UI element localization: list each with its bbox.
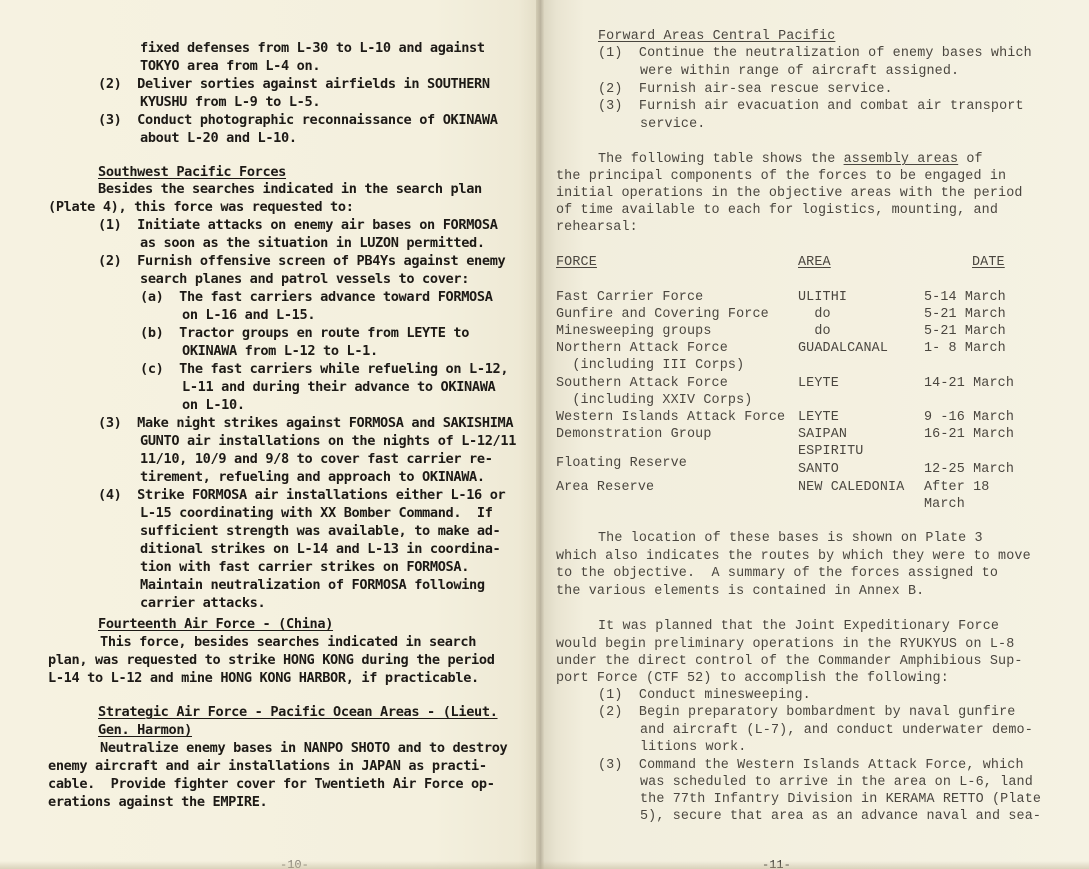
- text-line: (1) Continue the neutralization of enemy…: [598, 45, 1032, 62]
- table-cell-force: Gunfire and Covering Force: [556, 306, 769, 323]
- section-heading: Fourteenth Air Force - (China): [98, 616, 333, 633]
- text-line: (3) Furnish air evacuation and combat ai…: [598, 98, 1024, 115]
- text-line: (1) Initiate attacks on enemy air bases …: [98, 217, 498, 234]
- text-line: search planes and patrol vessels to cove…: [140, 271, 469, 288]
- text-line: (2) Furnish offensive screen of PB4Ys ag…: [98, 253, 505, 270]
- text-line: Neutralize enemy bases in NANPO SHOTO an…: [100, 740, 507, 757]
- table-cell-date: March: [924, 496, 965, 513]
- text-line: sufficient strength was available, to ma…: [140, 523, 500, 540]
- table-cell-force: (including XXIV Corps): [556, 392, 752, 409]
- table-cell-force: Demonstration Group: [556, 426, 712, 443]
- book-spine: [536, 0, 544, 869]
- table-cell-area: NEW CALEDONIA: [798, 479, 904, 496]
- table-cell-force: (including III Corps): [556, 357, 744, 374]
- table-cell-date: 5-21 March: [924, 323, 1006, 340]
- text-line: (3) Conduct photographic reconnaissance …: [98, 112, 498, 129]
- table-cell-force: Northern Attack Force: [556, 340, 728, 357]
- text-line: Maintain neutralization of FORMOSA follo…: [140, 577, 485, 594]
- text-line: on L-10.: [182, 397, 245, 414]
- table-cell-force: Fast Carrier Force: [556, 289, 703, 306]
- text-line: L-14 to L-12 and mine HONG KONG HARBOR, …: [48, 670, 479, 687]
- text-line: rehearsal:: [556, 219, 638, 236]
- table-cell-area: LEYTE: [798, 409, 839, 426]
- table-cell-force: Western Islands Attack Force: [556, 409, 785, 426]
- text-line: service.: [640, 116, 706, 133]
- text-line: (2) Deliver sorties against airfields in…: [98, 76, 490, 93]
- section-heading: Strategic Air Force - Pacific Ocean Area…: [98, 704, 498, 721]
- text-line: and aircraft (L-7), and conduct underwat…: [640, 722, 1033, 739]
- text-line: the various elements is contained in Ann…: [556, 583, 924, 600]
- text-line: enemy aircraft and air installations in …: [48, 758, 487, 775]
- table-header-force: FORCE: [556, 254, 597, 271]
- text-line: It was planned that the Joint Expedition…: [598, 618, 999, 635]
- text-line: cable. Provide fighter cover for Twentie…: [48, 776, 495, 793]
- table-cell-area: SAIPAN: [798, 426, 847, 443]
- text-line: tirement, refueling and approach to OKIN…: [140, 469, 485, 486]
- page-bottom-edge: [0, 861, 1089, 869]
- text-line: (2) Furnish air-sea rescue service.: [598, 81, 893, 98]
- text-line: L-11 and during their advance to OKINAWA: [182, 379, 495, 396]
- text-line: This force, besides searches indicated i…: [100, 634, 476, 651]
- section-heading: Forward Areas Central Pacific: [598, 28, 835, 45]
- text-line: as soon as the situation in LUZON permit…: [140, 235, 485, 252]
- text-line: (4) Strike FORMOSA air installations eit…: [98, 487, 505, 504]
- table-cell-date: After 18: [924, 479, 990, 496]
- table-header-date: DATE: [972, 254, 1005, 271]
- table-cell-date: 12-25 March: [924, 461, 1014, 478]
- text-line: 5), secure that area as an advance naval…: [640, 808, 1041, 825]
- underlined-term: assembly areas: [844, 152, 959, 167]
- section-heading: Southwest Pacific Forces: [98, 164, 286, 181]
- text-line: (1) Conduct minesweeping.: [598, 687, 811, 704]
- text-line: L-15 coordinating with XX Bomber Command…: [140, 505, 493, 522]
- text-line: the principal components of the forces t…: [556, 168, 1006, 185]
- text-line: tion with fast carrier strikes on FORMOS…: [140, 559, 469, 576]
- table-cell-date: 16-21 March: [924, 426, 1014, 443]
- text-line: (a) The fast carriers advance toward FOR…: [140, 289, 493, 306]
- text-line: fixed defenses from L-30 to L-10 and aga…: [140, 40, 485, 57]
- text-line: TOKYO area from L-4 on.: [140, 58, 320, 75]
- text-line: to the objective. A summary of the force…: [556, 565, 998, 582]
- section-heading: Gen. Harmon): [98, 722, 192, 739]
- text-line: Besides the searches indicated in the se…: [98, 181, 482, 198]
- table-cell-force: Minesweeping groups: [556, 323, 712, 340]
- text-line: GUNTO air installations on the nights of…: [140, 433, 516, 450]
- table-cell-area: GUADALCANAL: [798, 340, 888, 357]
- text-line: (Plate 4), this force was requested to:: [48, 199, 354, 216]
- table-cell-date: 5-21 March: [924, 306, 1006, 323]
- text-line: litions work.: [640, 739, 746, 756]
- table-header-area: AREA: [798, 254, 831, 271]
- text-line: would begin preliminary operations in th…: [556, 636, 1014, 653]
- table-cell-date: 9 -16 March: [924, 409, 1014, 426]
- table-cell-force: Floating Reserve: [556, 455, 687, 472]
- text-line: about L-20 and L-10.: [140, 130, 297, 147]
- text-line: were within range of aircraft assigned.: [640, 63, 959, 80]
- text-line: erations against the EMPIRE.: [48, 794, 267, 811]
- table-cell-force: Area Reserve: [556, 479, 654, 496]
- text-line: under the direct control of the Commande…: [556, 653, 1023, 670]
- table-cell-area: ESPIRITU: [798, 443, 864, 460]
- text-line: The following table shows the assembly a…: [598, 151, 983, 168]
- text-line: initial operations in the objective area…: [556, 185, 1023, 202]
- text-line: (2) Begin preparatory bombardment by nav…: [598, 704, 1015, 721]
- table-cell-date: 5-14 March: [924, 289, 1006, 306]
- text-line: (b) Tractor groups en route from LEYTE t…: [140, 325, 469, 342]
- text-line: which also indicates the routes by which…: [556, 548, 1031, 565]
- text-line: OKINAWA from L-12 to L-1.: [182, 343, 378, 360]
- text-line: 11/10, 10/9 and 9/8 to cover fast carrie…: [140, 451, 493, 468]
- text-line: (3) Command the Western Islands Attack F…: [598, 757, 1024, 774]
- table-cell-date: 14-21 March: [924, 375, 1014, 392]
- text-line: on L-16 and L-15.: [182, 307, 315, 324]
- text-line: ditional strikes on L-14 and L-13 in coo…: [140, 541, 500, 558]
- table-cell-area: SANTO: [798, 461, 839, 478]
- text-line: was scheduled to arrive in the area on L…: [640, 774, 1033, 791]
- table-cell-area: do: [798, 306, 831, 323]
- text-line: (c) The fast carriers while refueling on…: [140, 361, 508, 378]
- text-line: plan, was requested to strike HONG KONG …: [48, 652, 495, 669]
- text-line: of time available to each for logistics,…: [556, 202, 998, 219]
- text-line: port Force (CTF 52) to accomplish the fo…: [556, 670, 949, 687]
- table-cell-date: 1- 8 March: [924, 340, 1006, 357]
- table-cell-area: do: [798, 323, 831, 340]
- table-cell-force: Southern Attack Force: [556, 375, 728, 392]
- text-line: (3) Make night strikes against FORMOSA a…: [98, 415, 513, 432]
- table-cell-area: LEYTE: [798, 375, 839, 392]
- text-line: the 77th Infantry Division in KERAMA RET…: [640, 791, 1041, 808]
- text-line: KYUSHU from L-9 to L-5.: [140, 94, 320, 111]
- table-cell-area: ULITHI: [798, 289, 847, 306]
- text-line: The location of these bases is shown on …: [598, 530, 983, 547]
- text-line: carrier attacks.: [140, 595, 265, 612]
